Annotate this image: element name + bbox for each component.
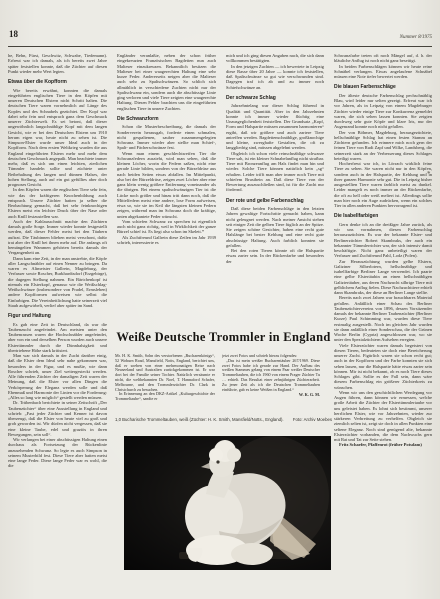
paragraph: Schon die Musterbeschreibung, die damals… xyxy=(117,124,216,150)
section-heading-figur: Figur und Haltung xyxy=(8,313,107,319)
paragraph: Der älteste deutsche Farbenschlag pechsc… xyxy=(334,93,432,130)
text-column-1: he, Behn, Fürst, Geschwitz, Schwabe, Tie… xyxy=(8,53,107,568)
paragraph: Mr. H. K. Smith, Sohn des verstorbenen „… xyxy=(115,354,215,392)
paragraph: Wir verlangen bei einer abschüssigen Hal… xyxy=(8,437,107,469)
paragraph: he, Behn, Fürst, Geschwitz, Schwabe, Tie… xyxy=(8,53,107,74)
text-column-4: Schwanzfarbe treten oft noch Mängel auf,… xyxy=(334,53,432,573)
article-column-b: jetzt zwei Fotos und schrieb hierzu folg… xyxy=(222,354,320,416)
section-heading-blaue-farbenschlaege: Die blauen Farbenschläge xyxy=(334,84,432,90)
section-heading-schwanzform: Die Schwanzform xyxy=(117,116,216,122)
paragraph: Der von Böhmer, Magdeburg, herausgezücht… xyxy=(334,130,432,162)
paragraph: Obgleich ich schon viele reinschnäblige … xyxy=(226,151,324,193)
paragraph: Zur Herauszüchtung wurden gelbe Elstern,… xyxy=(334,259,432,296)
paragraph: Dr. Trübenbach berichtete in seiner Zeit… xyxy=(8,400,107,437)
paragraph: Wie bereits erwähnt, konnten die damals … xyxy=(8,88,107,188)
paragraph: Als Zuchtfreund Gallrein diese Zeilen im… xyxy=(117,235,216,246)
section-heading-kopfform: Etwas über die Kopfform xyxy=(8,79,107,85)
pigeon-beak xyxy=(201,463,210,469)
pigeon-eye xyxy=(216,460,219,463)
section-heading-schwarzer-schlag: Der schwarze Schlag xyxy=(226,95,324,101)
paragraph: In Erinnerung an den DKZ-Artikel „Kultur… xyxy=(115,392,215,402)
header-rule xyxy=(8,46,432,47)
pigeon-photo xyxy=(124,436,331,570)
paragraph: In den Köpfen waren die englischen Tiere… xyxy=(8,187,107,219)
paragraph: Gern denke ich an die dreißiger Jahre zu… xyxy=(334,222,432,259)
issue-label: Nummer 8/1975 xyxy=(400,35,432,40)
paragraph: In beiden Farbenschlägen können wir heut… xyxy=(334,64,432,80)
article-signature: W. K. G. M. xyxy=(222,393,320,398)
paragraph: Bei den roten Tieren könnte oft die Hals… xyxy=(226,248,324,264)
page-number: 18 xyxy=(9,29,18,39)
magazine-page: { "header": { "page_number": "18", "issu… xyxy=(0,0,440,599)
photo-caption: Foto: Archiv Moebes 1,0 Bucharische Trom… xyxy=(115,417,332,422)
paragraph: In den jetzigen Zuchten — ich bewertete … xyxy=(226,64,324,90)
author-signature: Fritz Schaefer, Pfaffenrot (früher Potsd… xyxy=(334,442,432,447)
paragraph: Engländer veranlaßte, neben der schon fr… xyxy=(117,53,216,111)
pigeon-crest-right xyxy=(227,448,241,462)
section-heading-rot-gelb: Der rote und gelbe Farbenschlag xyxy=(226,198,324,204)
photo-caption-text: 1,0 Bucharische Trommeltauben, weiß (Züc… xyxy=(115,417,284,422)
paragraph: Man war sich damals in der Zucht darüber… xyxy=(8,353,107,400)
paragraph: Daß diese beiden Farbenschläge in den le… xyxy=(226,206,324,248)
article-title: Weiße Deutsche Trommler in England xyxy=(115,330,332,344)
text-column-3: mich und ich ging diesen Angaben nach, d… xyxy=(226,53,324,331)
paragraph: mich und ich ging diesen Angaben nach, d… xyxy=(226,53,324,64)
paragraph: Vom schiefen Schwanz zu sprechen ist eig… xyxy=(117,219,216,235)
paragraph: Schwanzfarbe treten oft noch Mängel auf,… xyxy=(334,53,432,64)
article-column-a: Mr. H. K. Smith, Sohn des verstorbenen „… xyxy=(115,354,215,416)
paragraph: Viele Elsterzüchter waren damals begeist… xyxy=(334,343,432,390)
photo-credit: Foto: Archiv Moebes xyxy=(293,417,332,422)
paragraph: Hocherfreut war ich, in Lörrach wirklich… xyxy=(334,161,432,208)
paragraph: Wenn wir uns den geschichtlichen Werdega… xyxy=(334,390,432,443)
paragraph: Jahrzehntelang war dieser Schlag führend… xyxy=(226,103,324,150)
pigeon-crest-left xyxy=(209,448,223,462)
paragraph: Dann kam eine Zeit, in der man anstrebte… xyxy=(8,256,107,309)
pigeon-illustration xyxy=(124,436,331,570)
paragraph: Wenn man einem geschlechtsreifen Tier di… xyxy=(117,151,216,219)
text-column-2: Engländer veranlaßte, neben der schon fr… xyxy=(117,53,216,331)
paragraph: Es gab eine Zeit in Deutschland, da war … xyxy=(8,322,107,354)
paragraph: Bereits nach zwei Jahren war brauchbares… xyxy=(334,295,432,342)
paragraph: „Das ist mein weißer Bucharentäuber 267/… xyxy=(222,359,320,393)
pigeon-muff-right xyxy=(231,543,273,565)
paragraph: Auch der Kahlausschnitt machte den Zücht… xyxy=(8,219,107,256)
section-heading-isabellfarbigen: Die Isabellfarbigen xyxy=(334,213,432,219)
article-weisse-deutsche-trommler: Weiße Deutsche Trommler in England Mr. H… xyxy=(115,330,332,572)
